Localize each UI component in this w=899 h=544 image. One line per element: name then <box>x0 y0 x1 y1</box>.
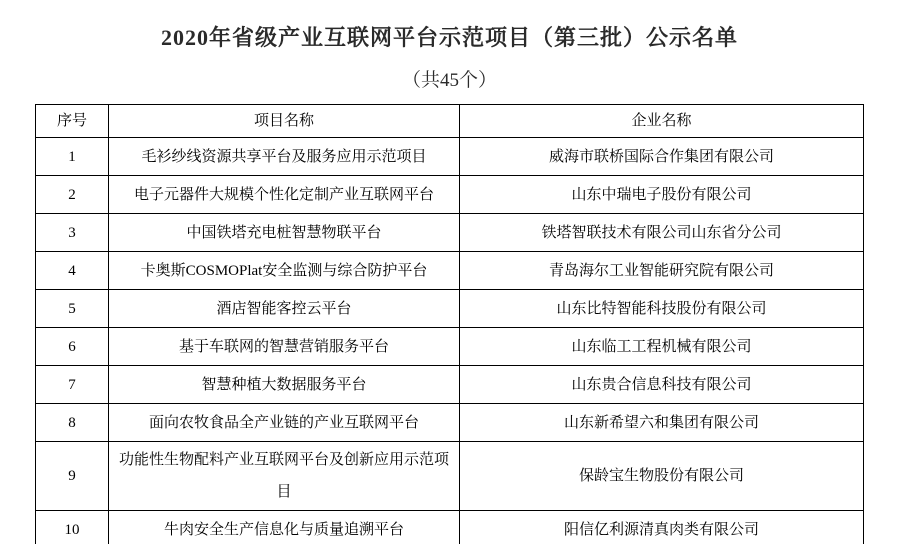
cell-company-name: 山东临工工程机械有限公司 <box>460 328 864 366</box>
cell-company-name: 阳信亿利源清真肉类有限公司 <box>460 511 864 544</box>
cell-project-name: 牛肉安全生产信息化与质量追溯平台 <box>109 511 460 544</box>
table-row: 10 牛肉安全生产信息化与质量追溯平台 阳信亿利源清真肉类有限公司 <box>36 511 864 544</box>
table-row: 4 卡奥斯COSMOPlat安全监测与综合防护平台 青岛海尔工业智能研究院有限公… <box>36 252 864 290</box>
cell-serial-number: 1 <box>36 138 109 176</box>
cell-company-name: 山东贵合信息科技有限公司 <box>460 366 864 404</box>
table-row: 7 智慧种植大数据服务平台 山东贵合信息科技有限公司 <box>36 366 864 404</box>
header-project-name: 项目名称 <box>109 105 460 138</box>
cell-serial-number: 4 <box>36 252 109 290</box>
cell-serial-number: 5 <box>36 290 109 328</box>
table-row: 5 酒店智能客控云平台 山东比特智能科技股份有限公司 <box>36 290 864 328</box>
cell-project-name: 卡奥斯COSMOPlat安全监测与综合防护平台 <box>109 252 460 290</box>
cell-serial-number: 6 <box>36 328 109 366</box>
table-row: 6 基于车联网的智慧营销服务平台 山东临工工程机械有限公司 <box>36 328 864 366</box>
table-row: 3 中国铁塔充电桩智慧物联平台 铁塔智联技术有限公司山东省分公司 <box>36 214 864 252</box>
cell-company-name: 山东比特智能科技股份有限公司 <box>460 290 864 328</box>
cell-serial-number: 7 <box>36 366 109 404</box>
table-row: 9 功能性生物配料产业互联网平台及创新应用示范项目 保龄宝生物股份有限公司 <box>36 442 864 511</box>
cell-company-name: 威海市联桥国际合作集团有限公司 <box>460 138 864 176</box>
page-title: 2020年省级产业互联网平台示范项目（第三批）公示名单 <box>0 24 899 52</box>
cell-serial-number: 9 <box>36 442 109 511</box>
cell-project-name: 功能性生物配料产业互联网平台及创新应用示范项目 <box>109 442 460 511</box>
cell-serial-number: 2 <box>36 176 109 214</box>
cell-serial-number: 8 <box>36 404 109 442</box>
table-row: 8 面向农牧食品全产业链的产业互联网平台 山东新希望六和集团有限公司 <box>36 404 864 442</box>
header-company-name: 企业名称 <box>460 105 864 138</box>
cell-project-name: 基于车联网的智慧营销服务平台 <box>109 328 460 366</box>
table-body: 1 毛衫纱线资源共享平台及服务应用示范项目 威海市联桥国际合作集团有限公司 2 … <box>36 138 864 544</box>
document: 2020年省级产业互联网平台示范项目（第三批）公示名单 （共45个） 序号 项目… <box>0 24 899 544</box>
cell-company-name: 山东中瑞电子股份有限公司 <box>460 176 864 214</box>
cell-company-name: 青岛海尔工业智能研究院有限公司 <box>460 252 864 290</box>
header-serial-number: 序号 <box>36 105 109 138</box>
cell-company-name: 铁塔智联技术有限公司山东省分公司 <box>460 214 864 252</box>
cell-project-name: 面向农牧食品全产业链的产业互联网平台 <box>109 404 460 442</box>
cell-project-name: 酒店智能客控云平台 <box>109 290 460 328</box>
cell-company-name: 保龄宝生物股份有限公司 <box>460 442 864 511</box>
announcement-page: { "page": { "title": "2020年省级产业互联网平台示范项目… <box>0 0 899 544</box>
table-header-row: 序号 项目名称 企业名称 <box>36 105 864 138</box>
cell-project-name: 电子元器件大规模个性化定制产业互联网平台 <box>109 176 460 214</box>
projects-table: 序号 项目名称 企业名称 1 毛衫纱线资源共享平台及服务应用示范项目 威海市联桥… <box>35 104 864 544</box>
cell-project-name: 智慧种植大数据服务平台 <box>109 366 460 404</box>
cell-serial-number: 3 <box>36 214 109 252</box>
table-row: 2 电子元器件大规模个性化定制产业互联网平台 山东中瑞电子股份有限公司 <box>36 176 864 214</box>
cell-company-name: 山东新希望六和集团有限公司 <box>460 404 864 442</box>
cell-project-name: 毛衫纱线资源共享平台及服务应用示范项目 <box>109 138 460 176</box>
cell-serial-number: 10 <box>36 511 109 544</box>
page-subtitle: （共45个） <box>0 69 899 93</box>
cell-project-name: 中国铁塔充电桩智慧物联平台 <box>109 214 460 252</box>
table-row: 1 毛衫纱线资源共享平台及服务应用示范项目 威海市联桥国际合作集团有限公司 <box>36 138 864 176</box>
